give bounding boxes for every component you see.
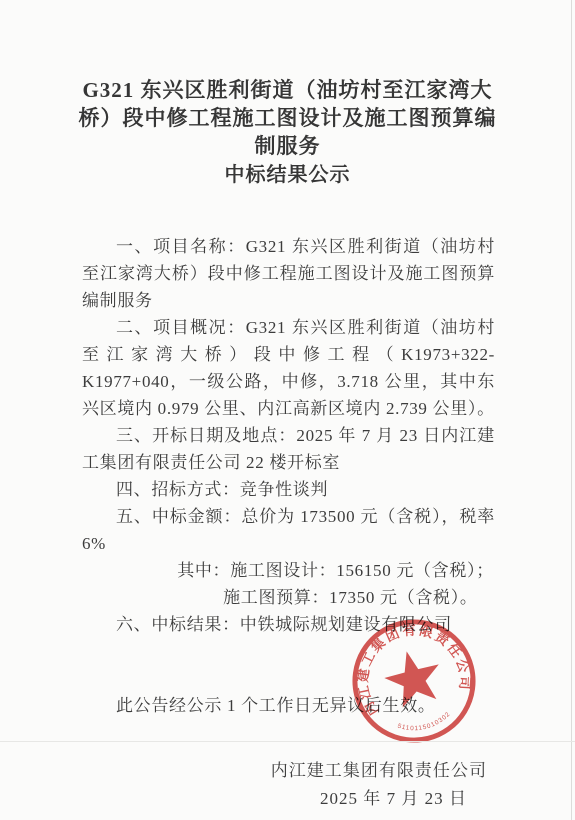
paragraph-design-fee: 其中：施工图设计：156150 元（含税）； <box>177 557 495 584</box>
signature-block: 内江建工集团有限责任公司 2025 年 7 月 23 日 <box>0 757 575 813</box>
paragraph-tender-method: 四、招标方式：竞争性谈判 <box>82 476 495 503</box>
paragraph-project-name: 一、项目名称：G321 东兴区胜利街道（油坊村至江家湾大桥）段中修工程施工图设计… <box>82 233 495 314</box>
scan-edge-right <box>571 0 572 820</box>
document-body: 一、项目名称：G321 东兴区胜利街道（油坊村至江家湾大桥）段中修工程施工图设计… <box>82 233 495 719</box>
scan-shadow-line <box>0 741 575 742</box>
paragraph-bid-result: 六、中标结果：中铁城际规划建设有限公司 <box>82 611 495 638</box>
paragraph-budget-fee: 施工图预算：17350 元（含税）。 <box>223 584 495 611</box>
document-subtitle: 中标结果公示 <box>0 160 575 190</box>
paragraph-bid-opening: 三、开标日期及地点：2025 年 7 月 23 日内江建工集团有限责任公司 22… <box>82 422 495 476</box>
title-line: G321 东兴区胜利街道（油坊村至江家湾大 <box>0 76 575 104</box>
document-title: G321 东兴区胜利街道（油坊村至江家湾大 桥）段中修工程施工图设计及施工图预算… <box>0 76 575 160</box>
signature-org: 内江建工集团有限责任公司 <box>0 757 575 785</box>
paragraph-bid-amount: 五、中标金额：总价为 173500 元（含税），税率 6% <box>82 503 495 557</box>
closing-note: 此公告经公示 1 个工作日无异议后生效。 <box>82 692 495 719</box>
title-line: 制服务 <box>0 132 575 160</box>
document-page: G321 东兴区胜利街道（油坊村至江家湾大 桥）段中修工程施工图设计及施工图预算… <box>0 0 575 820</box>
title-line: 桥）段中修工程施工图设计及施工图预算编 <box>0 104 575 132</box>
signature-date: 2025 年 7 月 23 日 <box>0 785 575 813</box>
paragraph-project-overview: 二、项目概况：G321 东兴区胜利街道（油坊村至江家湾大桥）段中修工程（K197… <box>82 314 495 422</box>
